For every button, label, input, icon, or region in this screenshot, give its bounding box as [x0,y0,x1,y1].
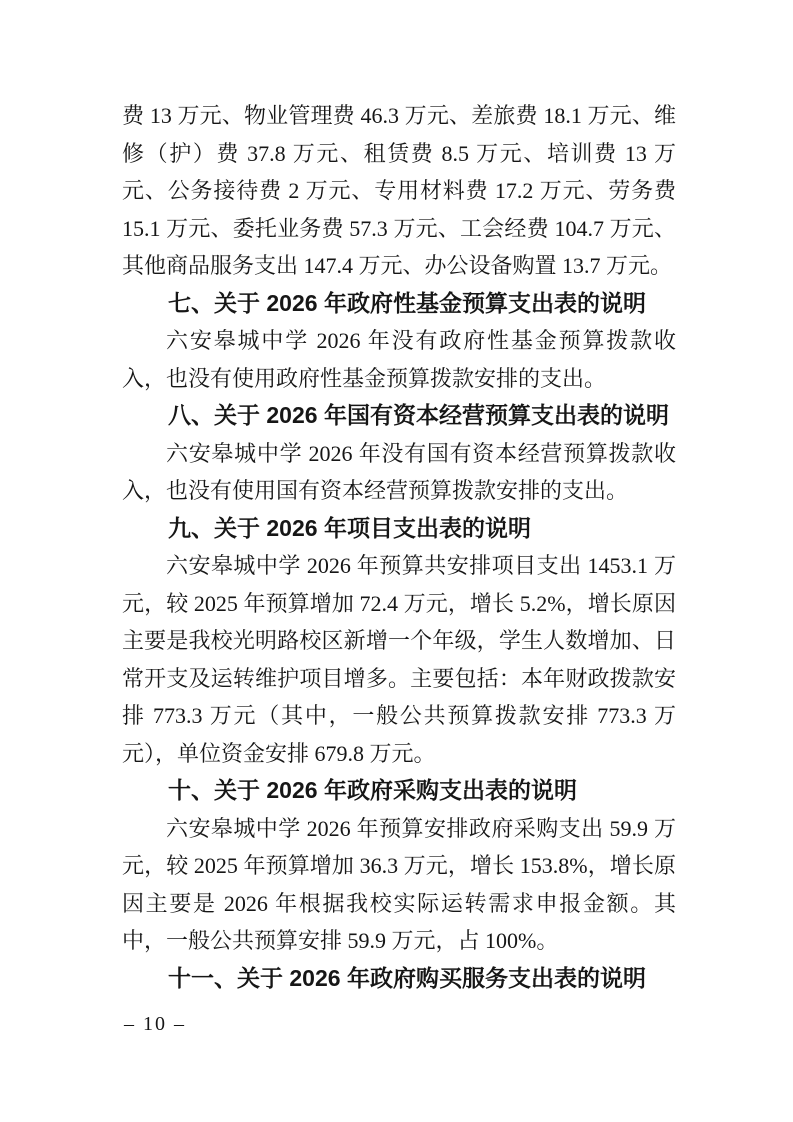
section-heading: 九、关于 2026 年项目支出表的说明 [122,510,676,548]
body-paragraph: 六安皋城中学 2026 年没有国有资本经营预算拨款收入，也没有使用国有资本经营预… [122,435,676,510]
section-heading: 八、关于 2026 年国有资本经营预算支出表的说明 [122,397,676,435]
body-paragraph: 六安皋城中学 2026 年预算共安排项目支出 1453.1 万元，较 2025 … [122,547,676,772]
section-heading: 十一、关于 2026 年政府购买服务支出表的说明 [122,960,676,998]
body-paragraph: 费 13 万元、物业管理费 46.3 万元、差旅费 18.1 万元、维修（护）费… [122,97,676,285]
document-page: 费 13 万元、物业管理费 46.3 万元、差旅费 18.1 万元、维修（护）费… [0,0,793,1122]
document-body: 费 13 万元、物业管理费 46.3 万元、差旅费 18.1 万元、维修（护）费… [122,97,676,997]
body-paragraph: 六安皋城中学 2026 年预算安排政府采购支出 59.9 万元，较 2025 年… [122,810,676,960]
body-paragraph: 六安皋城中学 2026 年没有政府性基金预算拨款收入，也没有使用政府性基金预算拨… [122,322,676,397]
section-heading: 十、关于 2026 年政府采购支出表的说明 [122,772,676,810]
section-heading: 七、关于 2026 年政府性基金预算支出表的说明 [122,285,676,323]
page-number: – 10 – [124,1011,186,1037]
